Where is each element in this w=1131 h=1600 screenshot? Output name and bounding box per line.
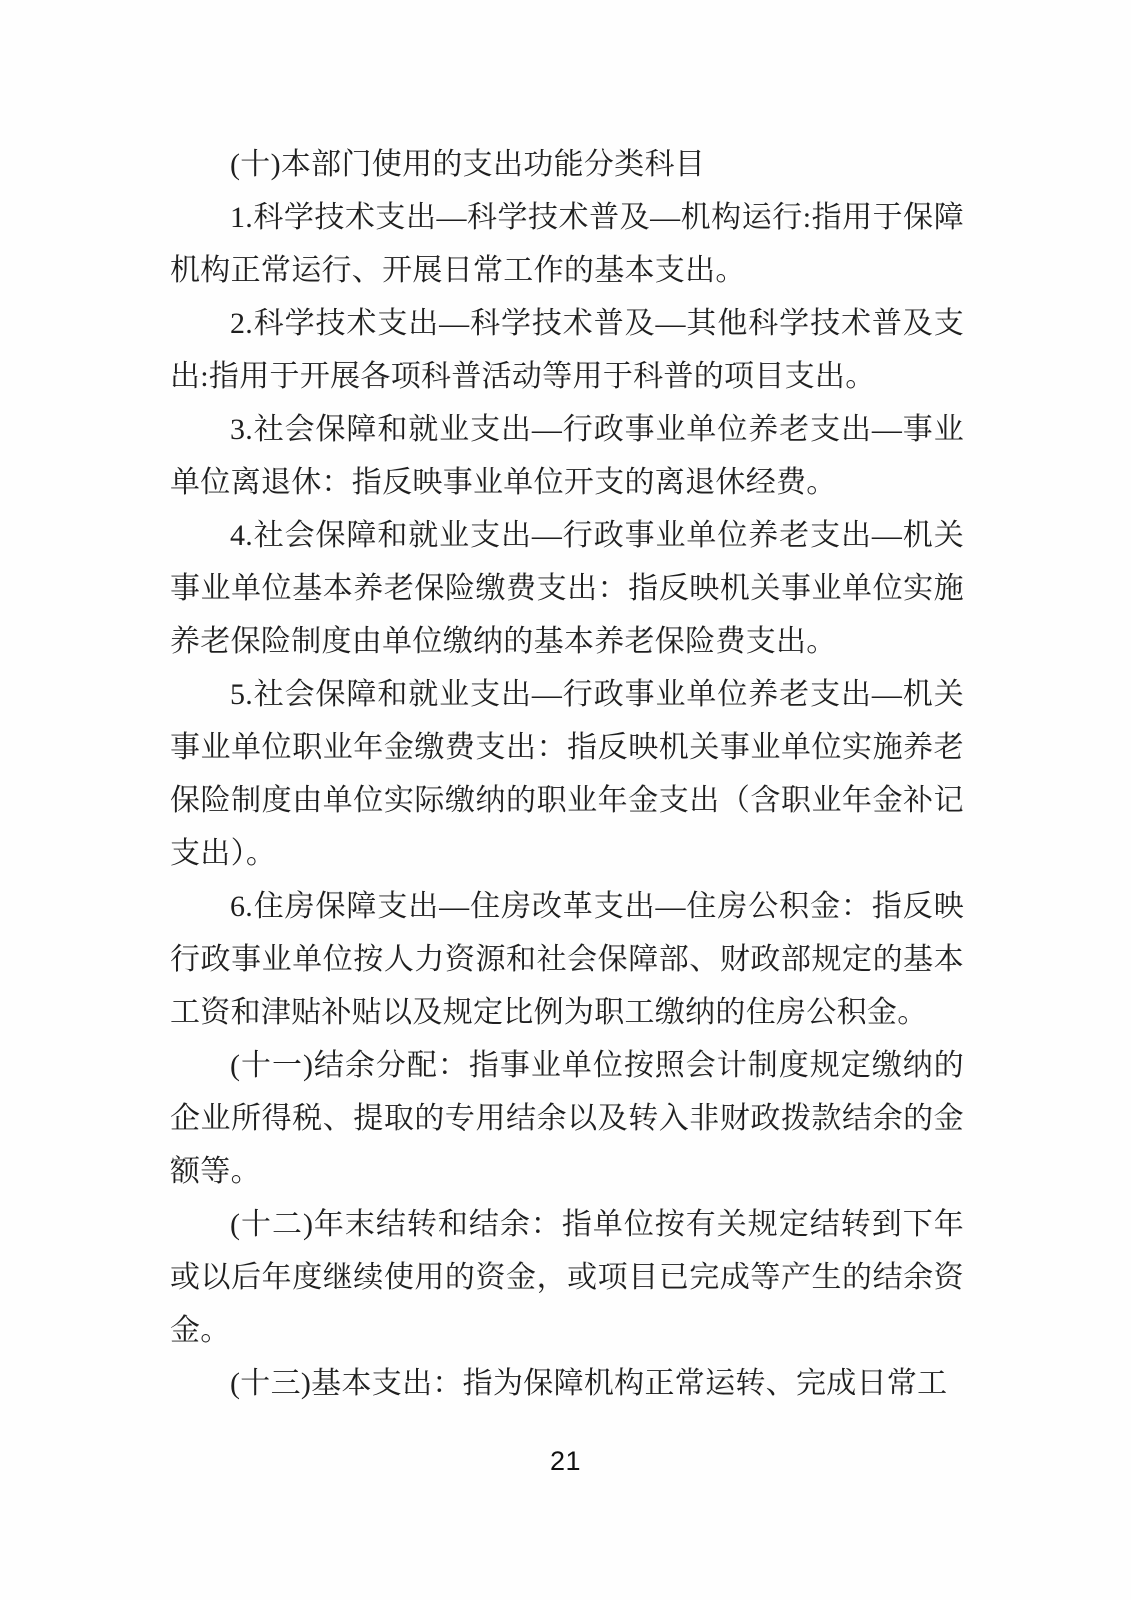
paragraph-item-5: 5.社会保障和就业支出—行政事业单位养老支出—机关事业单位职业年金缴费支出：指反…: [170, 668, 964, 880]
section-heading: (十)本部门使用的支出功能分类科目: [170, 138, 964, 191]
paragraph-item-3: 3.社会保障和就业支出—行政事业单位养老支出—事业单位离退休：指反映事业单位开支…: [170, 403, 964, 509]
page-number: 21: [550, 1446, 581, 1476]
paragraph-item-6: 6.住房保障支出—住房改革支出—住房公积金：指反映行政事业单位按人力资源和社会保…: [170, 880, 964, 1039]
paragraph-item-13: (十三)基本支出：指为保障机构正常运转、完成日常工: [170, 1357, 964, 1410]
document-body: (十)本部门使用的支出功能分类科目 1.科学技术支出—科学技术普及—机构运行:指…: [170, 138, 964, 1410]
paragraph-item-2: 2.科学技术支出—科学技术普及—其他科学技术普及支出:指用于开展各项科普活动等用…: [170, 297, 964, 403]
paragraph-item-12: (十二)年末结转和结余：指单位按有关规定结转到下年或以后年度继续使用的资金，或项…: [170, 1198, 964, 1357]
page-footer: 21: [0, 1446, 1131, 1477]
paragraph-item-1: 1.科学技术支出—科学技术普及—机构运行:指用于保障机构正常运行、开展日常工作的…: [170, 191, 964, 297]
document-page: (十)本部门使用的支出功能分类科目 1.科学技术支出—科学技术普及—机构运行:指…: [0, 0, 1131, 1600]
paragraph-item-4: 4.社会保障和就业支出—行政事业单位养老支出—机关事业单位基本养老保险缴费支出：…: [170, 509, 964, 668]
paragraph-item-11: (十一)结余分配：指事业单位按照会计制度规定缴纳的企业所得税、提取的专用结余以及…: [170, 1039, 964, 1198]
